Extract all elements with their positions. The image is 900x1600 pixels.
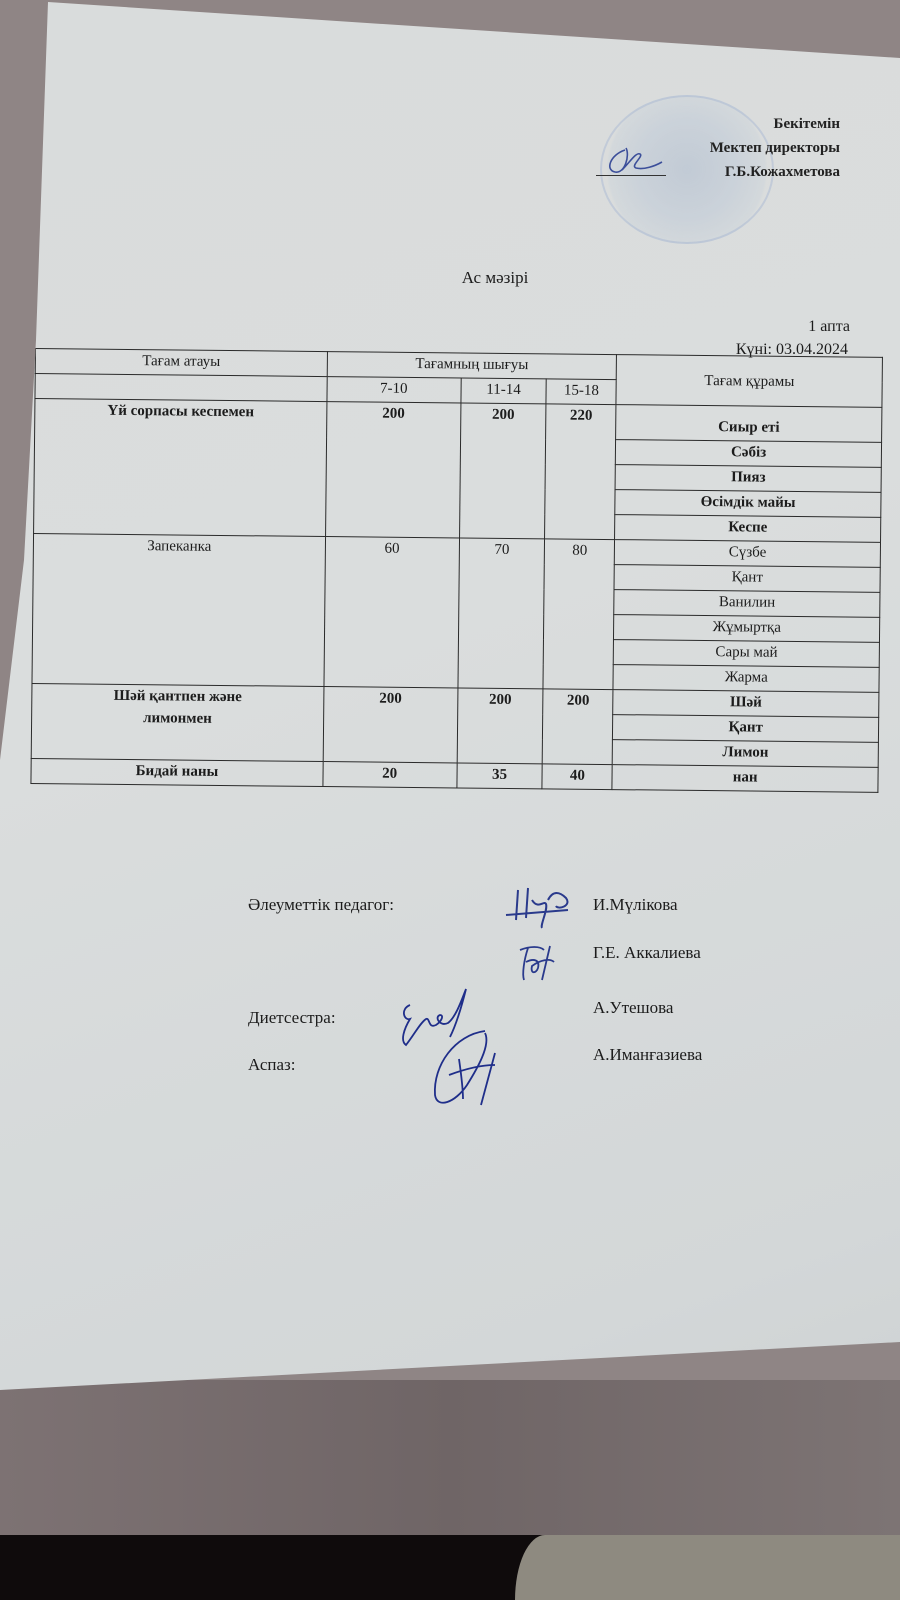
dish-name-cell: Запеканка: [32, 533, 325, 686]
dish-name-cell: Бидай наны: [31, 758, 323, 786]
ingredient-cell: Лимон: [612, 740, 878, 768]
signature-role: Әлеуметтік педагог:: [248, 895, 394, 915]
table-row: Үй сорпасы кеспемен200200220Сиыр еті: [35, 399, 882, 443]
ingredient-cell: Шәй: [613, 690, 879, 718]
ingredient-cell: Қант: [613, 715, 879, 743]
ingredient-cell: Жұмыртқа: [614, 615, 880, 643]
background-floor: [515, 1535, 900, 1600]
header-dish-name: Тағам атауы: [35, 349, 327, 377]
ingredient-cell: Кеспе: [615, 515, 881, 543]
signature-name: А.Утешова: [593, 998, 673, 1018]
ingredient-cell: Жарма: [613, 665, 879, 693]
dish-name-cell: Шәй қантпен және лимонмен: [31, 683, 324, 761]
header-age-11-14: 11-14: [460, 378, 546, 404]
header-age-15-18: 15-18: [546, 379, 616, 405]
director-signature-icon: [600, 140, 680, 185]
signature-name: И.Мүлікова: [593, 895, 678, 915]
header-output: Тағамның шығуы: [327, 352, 617, 380]
ingredient-cell: Сары май: [614, 640, 880, 668]
handwritten-signature-icon: [510, 940, 570, 985]
handwritten-signature-icon: [498, 880, 578, 930]
portion-cell: 80: [543, 539, 614, 690]
ingredient-cell: Сиыр еті: [616, 405, 882, 443]
ingredient-cell: нан: [612, 765, 878, 793]
portion-cell: 60: [324, 537, 459, 688]
header-age-7-10: 7-10: [327, 377, 461, 403]
dish-name-cell: Үй сорпасы кеспемен: [34, 399, 327, 537]
approval-block: Бекітемін Мектеп директоры Г.Б.Кожахмето…: [710, 112, 840, 184]
menu-table: Тағам атауы Тағамның шығуы Тағам құрамы …: [30, 348, 883, 793]
signature-role: Аспаз:: [248, 1055, 295, 1075]
director-signature-line: [596, 175, 666, 176]
signature-name: А.Иманғазиева: [593, 1045, 702, 1065]
approval-line-1: Бекітемін: [710, 112, 840, 136]
signature-role: Диетсестра:: [248, 1008, 336, 1028]
portion-cell: 200: [543, 689, 614, 765]
document-title: Ас мәзірі: [0, 268, 900, 288]
portion-cell: 220: [545, 404, 616, 540]
approval-line-3: Г.Б.Кожахметова: [710, 160, 840, 184]
portion-cell: 20: [323, 762, 457, 788]
portion-cell: 200: [323, 687, 458, 763]
handwritten-signature-icon: [425, 1025, 515, 1110]
portion-cell: 70: [458, 538, 545, 689]
approval-line-2: Мектеп директоры: [710, 136, 840, 160]
ingredient-cell: Ванилин: [614, 590, 880, 618]
ingredient-cell: Сәбіз: [616, 440, 882, 468]
portion-cell: 200: [325, 402, 460, 538]
ingredient-cell: Сүзбе: [615, 540, 881, 568]
week-label: 1 апта: [808, 318, 850, 336]
header-empty: [35, 374, 327, 402]
background-wall: [0, 1380, 900, 1535]
portion-cell: 200: [459, 403, 546, 539]
ingredient-cell: Қант: [614, 565, 880, 593]
ingredient-cell: Пияз: [615, 465, 881, 493]
signature-name: Г.Е. Аккалиева: [593, 943, 701, 963]
portion-cell: 200: [457, 688, 544, 764]
portion-cell: 35: [456, 763, 542, 789]
ingredient-cell: Өсімдік майы: [615, 490, 881, 518]
header-composition: Тағам құрамы: [616, 355, 882, 408]
portion-cell: 40: [542, 764, 612, 790]
document-page: Бекітемін Мектеп директоры Г.Б.Кожахмето…: [0, 0, 900, 1600]
